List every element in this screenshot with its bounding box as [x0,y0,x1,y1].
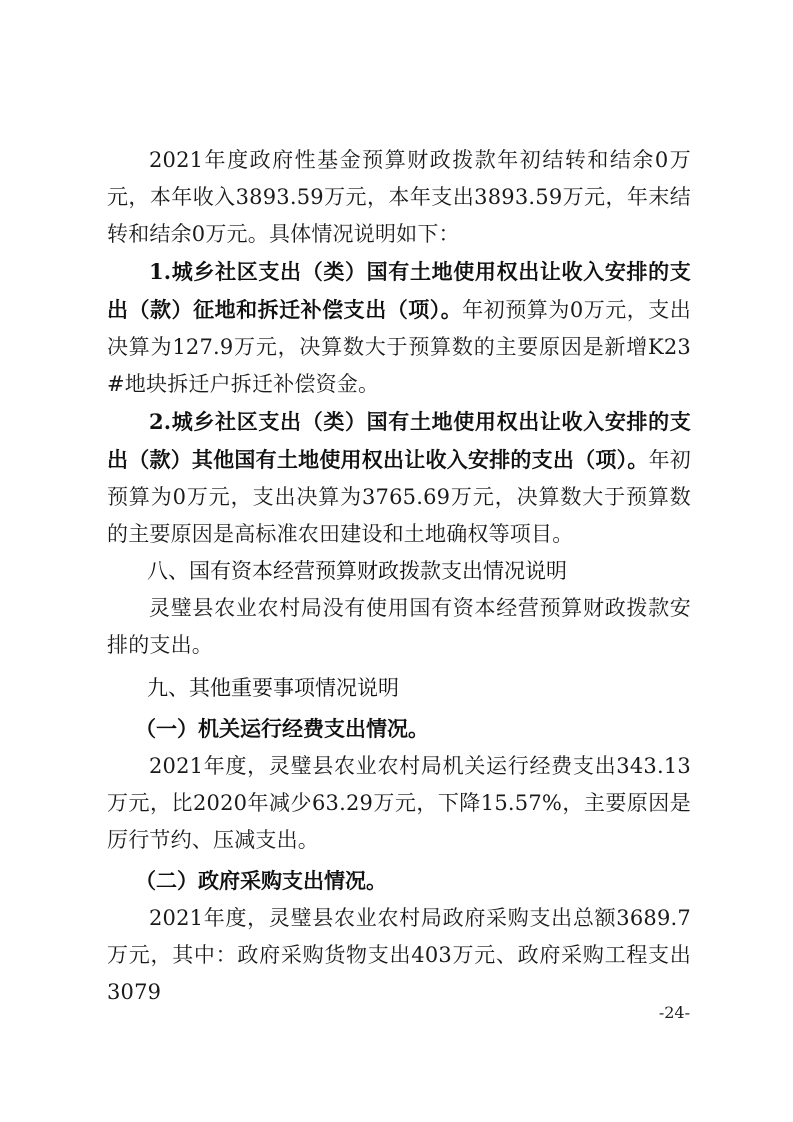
subsection-1-heading: （一）机关运行经费支出情况。 [107,711,691,748]
subsection-1-text: 2021年度，灵璧县农业农村局机关运行经费支出343.13万元，比2020年减少… [107,748,691,859]
subsection-2-text: 2021年度，灵璧县农业农村局政府采购支出总额3689.7万元，其中：政府采购货… [107,900,691,1011]
paragraph-item-2: 2.城乡社区支出（类）国有土地使用权出让收入安排的支出（款）其他国有土地使用权出… [107,403,691,553]
item-2-title: 2.城乡社区支出（类）国有土地使用权出让收入安排的支出（款）其他国有土地使用权出… [107,409,691,472]
paragraph-item-1: 1.城乡社区支出（类）国有土地使用权出让收入安排的支出（款）征地和拆迁补偿支出（… [107,253,691,403]
page-number: -24- [659,1003,690,1022]
section-8-text: 灵璧县农业农村局没有使用国有资本经营预算财政拨款安排的支出。 [107,590,691,664]
subsection-2-heading: （二）政府采购支出情况。 [107,863,691,900]
section-9-heading: 九、其他重要事项情况说明 [107,670,691,707]
document-page: 2021年度政府性基金预算财政拨款年初结转和结余0万元，本年收入3893.59万… [107,142,691,1011]
section-8-heading: 八、国有资本经营预算财政拨款支出情况说明 [107,553,691,590]
paragraph-intro: 2021年度政府性基金预算财政拨款年初结转和结余0万元，本年收入3893.59万… [107,142,691,253]
